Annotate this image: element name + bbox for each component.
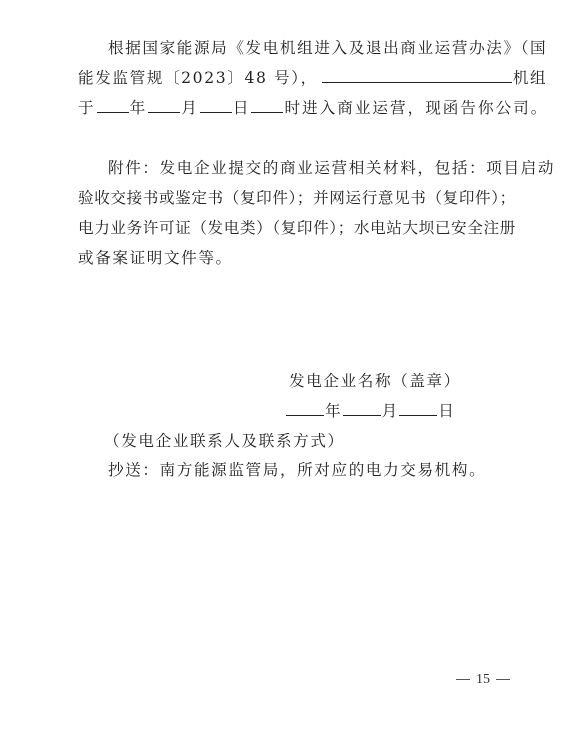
page-number: 15 <box>450 672 516 688</box>
commercial-operation-text: 时进入商业运营，现函告你公司。 <box>284 99 548 117</box>
regulation-reference: 能发监管规〔2023〕48 号）， <box>78 69 318 87</box>
label-day: 日 <box>233 99 251 117</box>
notice-line-1: 根据国家能源局《发电机组进入及退出商业运营办法》（国 <box>108 33 508 63</box>
label-year: 年 <box>130 99 148 117</box>
hour-blank[interactable] <box>251 94 283 113</box>
label-sign-year: 年 <box>325 402 342 420</box>
year-blank[interactable] <box>97 94 129 113</box>
page-number-value: 15 <box>476 672 490 687</box>
sign-day-blank[interactable] <box>399 397 437 416</box>
contact-info-label: （发电企业联系人及联系方式） <box>104 426 534 456</box>
attachment-line-2: 验收交接书或鉴定书（复印件）；并网运行意见书（复印件）； <box>78 183 508 213</box>
attachment-line-1: 附件：发电企业提交的商业运营相关材料，包括：项目启动 <box>108 153 508 183</box>
label-sign-month: 月 <box>382 402 399 420</box>
dash-right-icon <box>496 679 510 680</box>
label-sign-day: 日 <box>438 402 455 420</box>
label-month: 月 <box>181 99 199 117</box>
attachment-line-4: 或备案证明文件等。 <box>78 243 508 273</box>
month-blank[interactable] <box>148 94 180 113</box>
attachment-line-3: 电力业务许可证（发电类）（复印件）；水电站大坝已安全注册 <box>78 213 508 243</box>
notice-line-3: 于年月日时进入商业运营，现函告你公司。 <box>78 93 508 123</box>
cc-line: 抄送：南方能源监管局，所对应的电力交易机构。 <box>108 455 538 485</box>
signature-date: 年月日 <box>286 396 466 426</box>
unit-name-blank[interactable] <box>322 64 512 83</box>
company-seal-label: 发电企业名称（盖章） <box>289 366 449 396</box>
day-blank[interactable] <box>200 94 232 113</box>
label-yu: 于 <box>78 99 96 117</box>
sign-year-blank[interactable] <box>286 397 324 416</box>
sign-month-blank[interactable] <box>343 397 381 416</box>
dash-left-icon <box>456 679 470 680</box>
notice-line-2: 能发监管规〔2023〕48 号），机组 <box>78 63 508 93</box>
unit-suffix: 机组 <box>513 69 547 87</box>
